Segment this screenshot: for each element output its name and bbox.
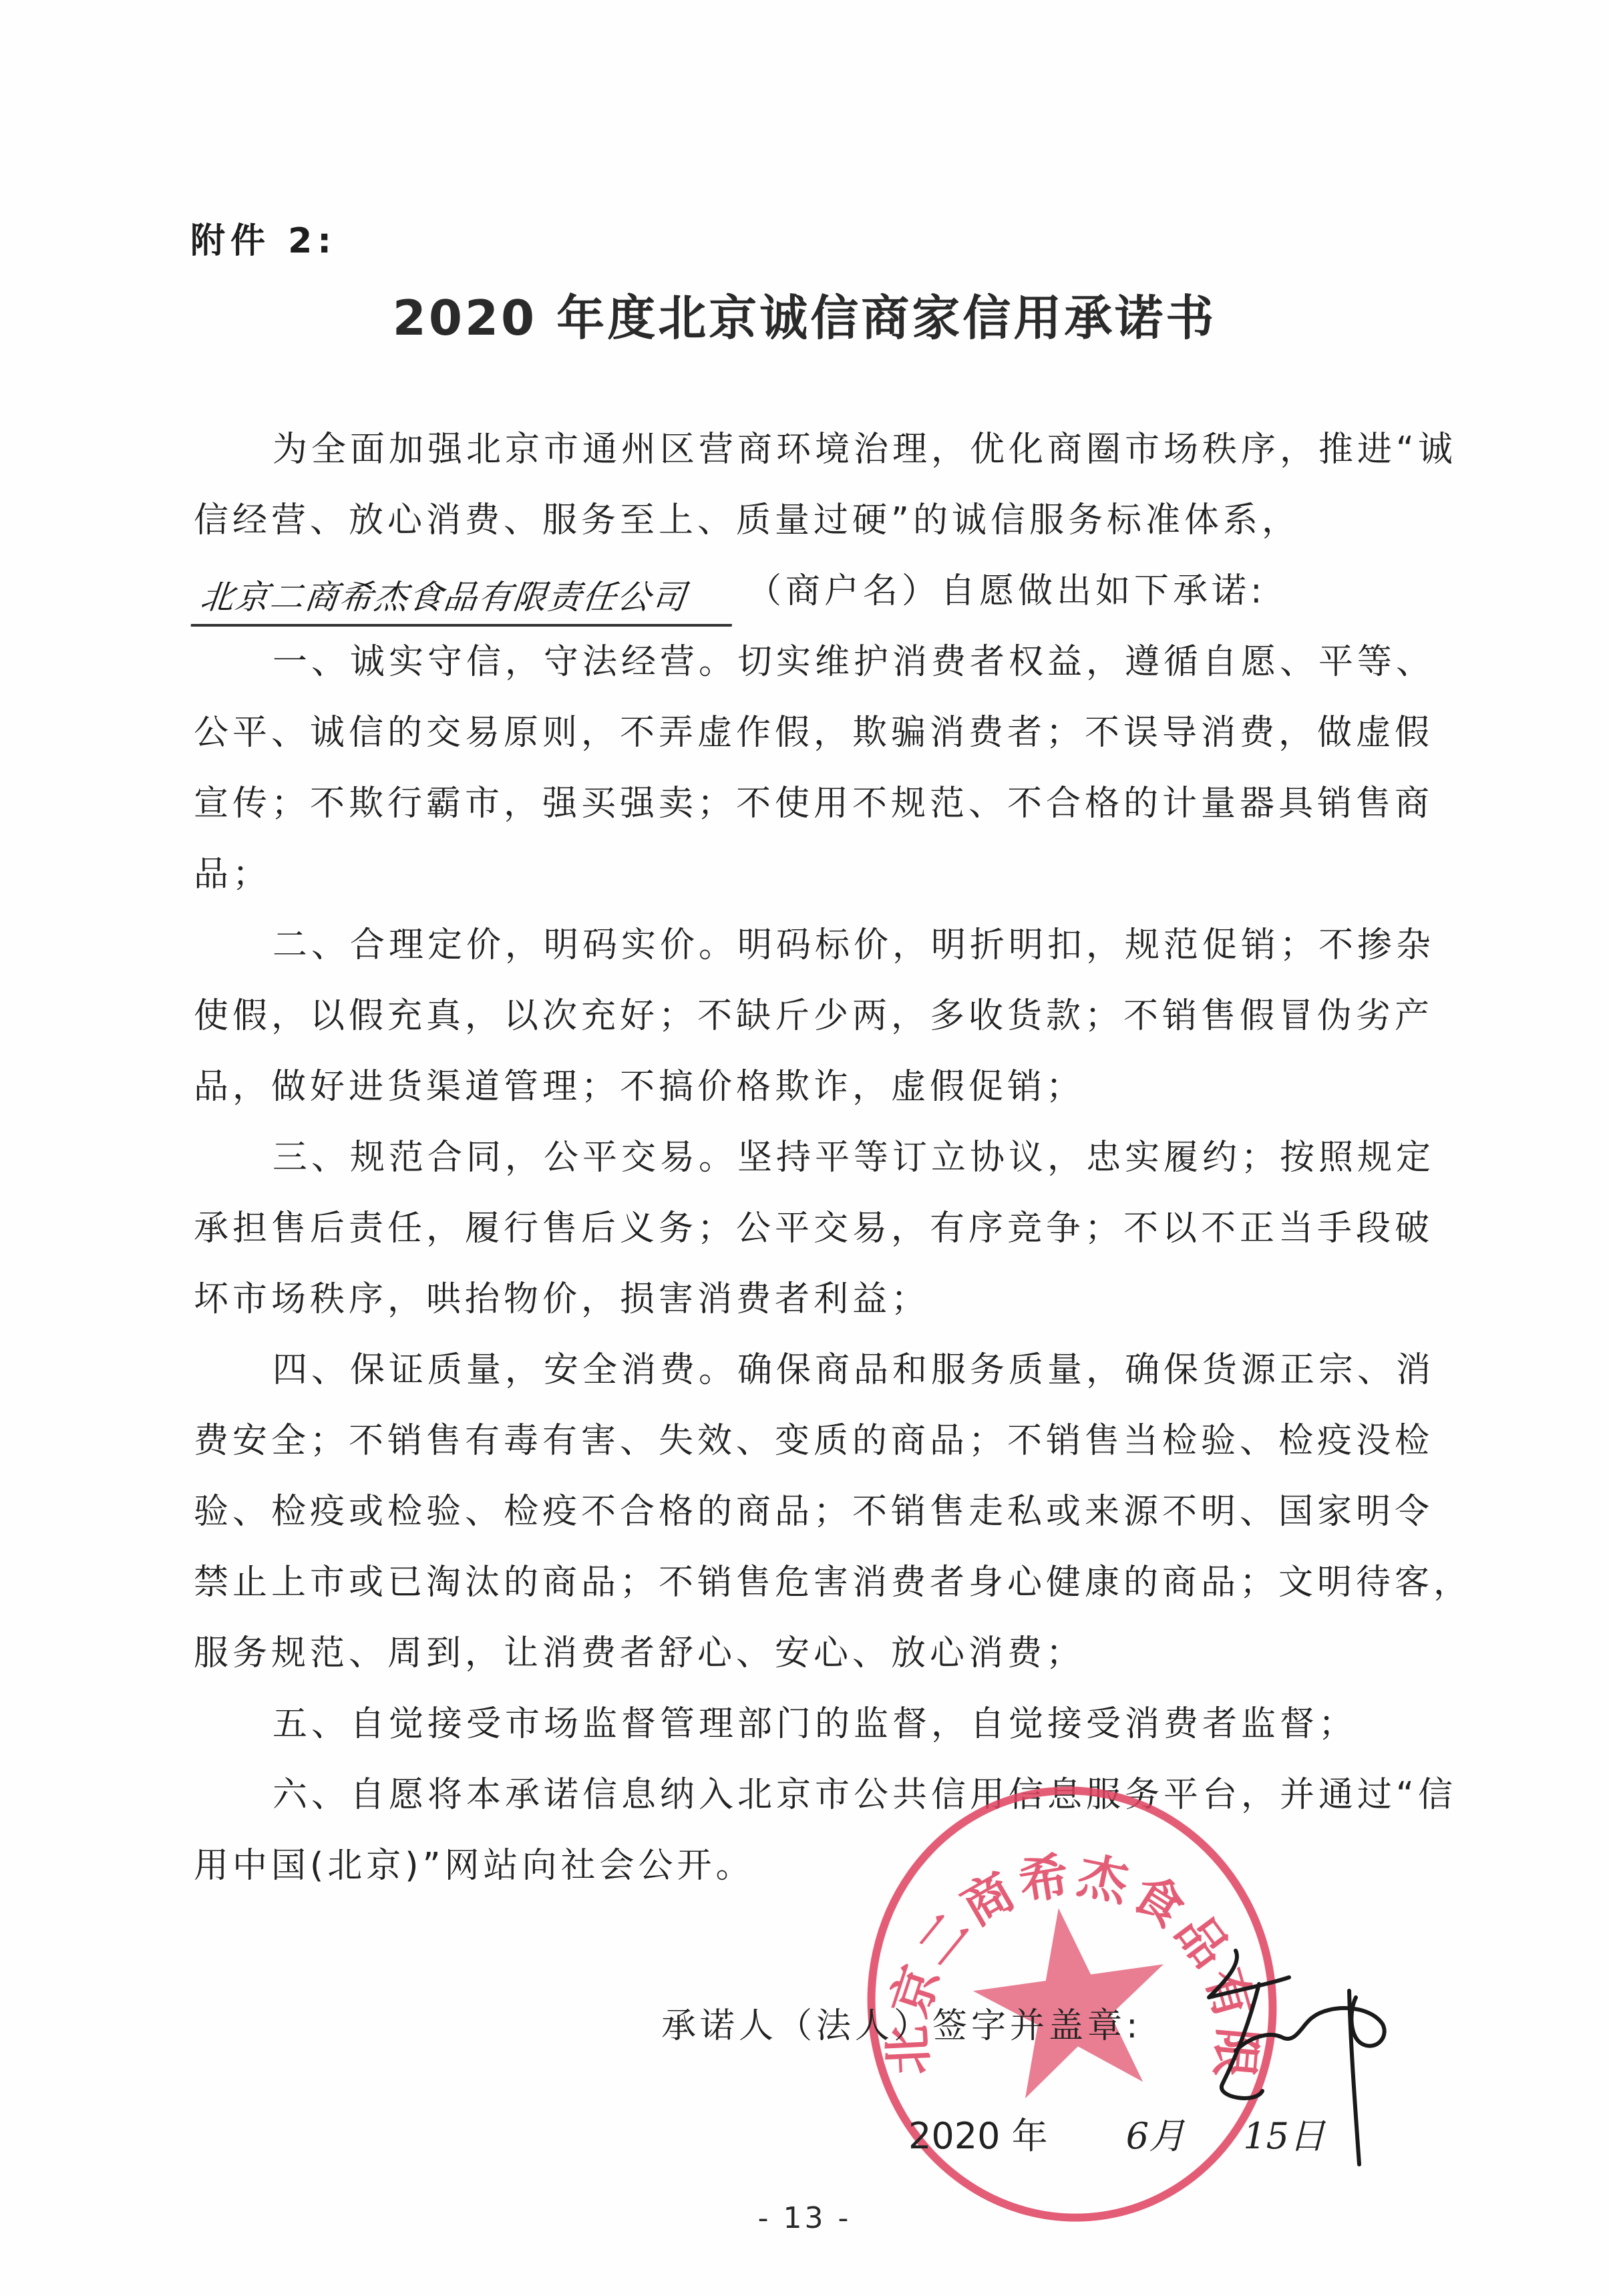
page-number: - 13 - bbox=[0, 2201, 1609, 2235]
commitment-line: 品，做好进货渠道管理；不搞价格欺诈，虚假促销； bbox=[194, 1051, 1443, 1122]
date-row: 2020 年 6月 15日 bbox=[908, 2108, 1325, 2159]
commitment-line: 三、规范合同，公平交易。坚持平等订立协议，忠实履约；按照规定 bbox=[194, 1122, 1443, 1193]
commitment-line: 费安全；不销售有毒有害、失效、变质的商品；不销售当检验、检疫没检 bbox=[194, 1406, 1443, 1476]
merchant-name-handwritten: 北京二商希杰食品有限责任公司 bbox=[191, 570, 738, 627]
commitment-line: 使假，以假充真，以次充好；不缺斤少两，多收货款；不销售假冒伪劣产 bbox=[194, 981, 1443, 1051]
document-title: 2020 年度北京诚信商家信用承诺书 bbox=[0, 279, 1609, 349]
commitment-line: 品； bbox=[194, 839, 1443, 910]
merchant-suffix: （商户名）自愿做出如下承诺: bbox=[747, 556, 1266, 627]
signature-label: 承诺人（法人）签字并盖章: bbox=[661, 1997, 1142, 2047]
date-day: 15日 bbox=[1243, 2108, 1325, 2159]
document-page: 附件 2: 2020 年度北京诚信商家信用承诺书 为全面加强北京市通州区营商环境… bbox=[0, 0, 1609, 2296]
commitment-line: 服务规范、周到，让消费者舒心、安心、放心消费； bbox=[194, 1618, 1443, 1689]
intro-line: 为全面加强北京市通州区营商环境治理，优化商圈市场秩序，推进“诚 bbox=[194, 414, 1443, 485]
commitment-line: 一、诚实守信，守法经营。切实维护消费者权益，遵循自愿、平等、 bbox=[194, 627, 1443, 697]
date-year: 2020 年 bbox=[908, 2108, 1048, 2159]
commitment-line: 验、检疫或检验、检疫不合格的商品；不销售走私或来源不明、国家明令 bbox=[194, 1476, 1443, 1547]
commitment-line: 公平、诚信的交易原则，不弄虚作假，欺骗消费者；不误导消费，做虚假 bbox=[194, 697, 1443, 768]
intro-line: 信经营、放心消费、服务至上、质量过硬”的诚信服务标准体系， bbox=[194, 485, 1443, 556]
commitment-line: 禁止上市或已淘汰的商品；不销售危害消费者身心健康的商品；文明待客， bbox=[194, 1547, 1443, 1618]
commitment-line: 坏市场秩序，哄抬物价，损害消费者利益； bbox=[194, 1264, 1443, 1335]
commitment-line: 二、合理定价，明码实价。明码标价，明折明扣，规范促销；不掺杂 bbox=[194, 910, 1443, 981]
commitment-line: 四、保证质量，安全消费。确保商品和服务质量，确保货源正宗、消 bbox=[194, 1335, 1443, 1406]
commitment-line: 用中国(北京)”网站向社会公开。 bbox=[194, 1830, 1443, 1901]
commitment-line: 五、自觉接受市场监督管理部门的监督，自觉接受消费者监督； bbox=[194, 1689, 1443, 1760]
commitment-line: 六、自愿将本承诺信息纳入北京市公共信用信息服务平台，并通过“信 bbox=[194, 1760, 1443, 1830]
attachment-label: 附件 2: bbox=[190, 212, 337, 263]
document-body: 为全面加强北京市通州区营商环境治理，优化商圈市场秩序，推进“诚 信经营、放心消费… bbox=[194, 414, 1443, 1901]
commitment-line: 承担售后责任，履行售后义务；公平交易，有序竞争；不以不正当手段破 bbox=[194, 1193, 1443, 1264]
date-month: 6月 bbox=[1126, 2108, 1185, 2159]
commitment-line: 宣传；不欺行霸市，强买强卖；不使用不规范、不合格的计量器具销售商 bbox=[194, 768, 1443, 839]
merchant-line: 北京二商希杰食品有限责任公司 （商户名）自愿做出如下承诺: bbox=[194, 556, 1443, 627]
